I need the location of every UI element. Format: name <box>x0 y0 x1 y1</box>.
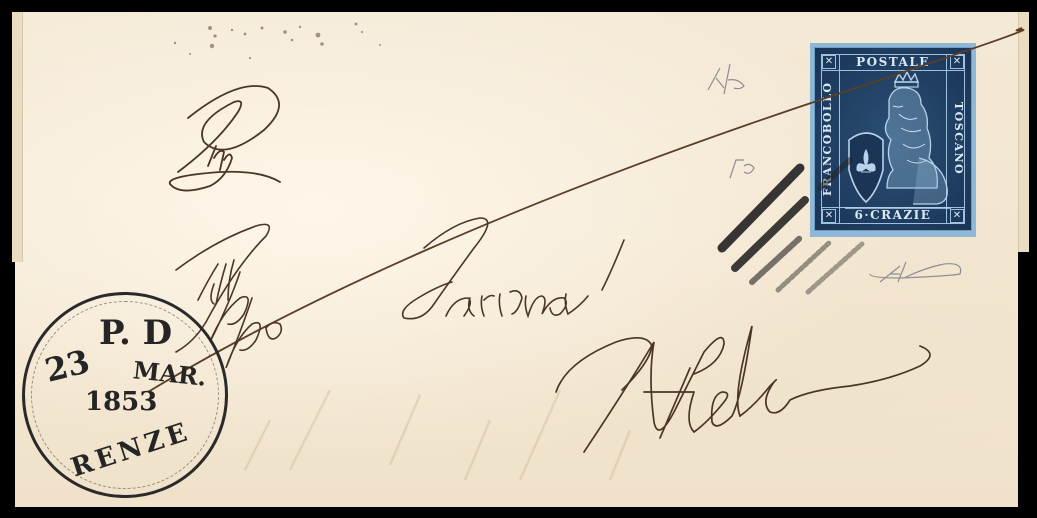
datestamp-pd: P. D <box>99 313 172 353</box>
letter-photo: ✕ ✕ ✕ ✕ POSTALE 6·CRAZIE FRANCOBOLLO TOS… <box>0 0 1037 518</box>
diagonal-pen-stroke <box>148 28 1024 392</box>
city-script <box>556 326 930 452</box>
salutation-script <box>170 86 280 191</box>
bar-cancel <box>722 160 862 292</box>
circular-datestamp: P. D 23 MAR. 1853 RENZE <box>22 292 228 498</box>
addressee-name-script <box>176 218 624 368</box>
datestamp-year: 1853 <box>85 387 157 417</box>
